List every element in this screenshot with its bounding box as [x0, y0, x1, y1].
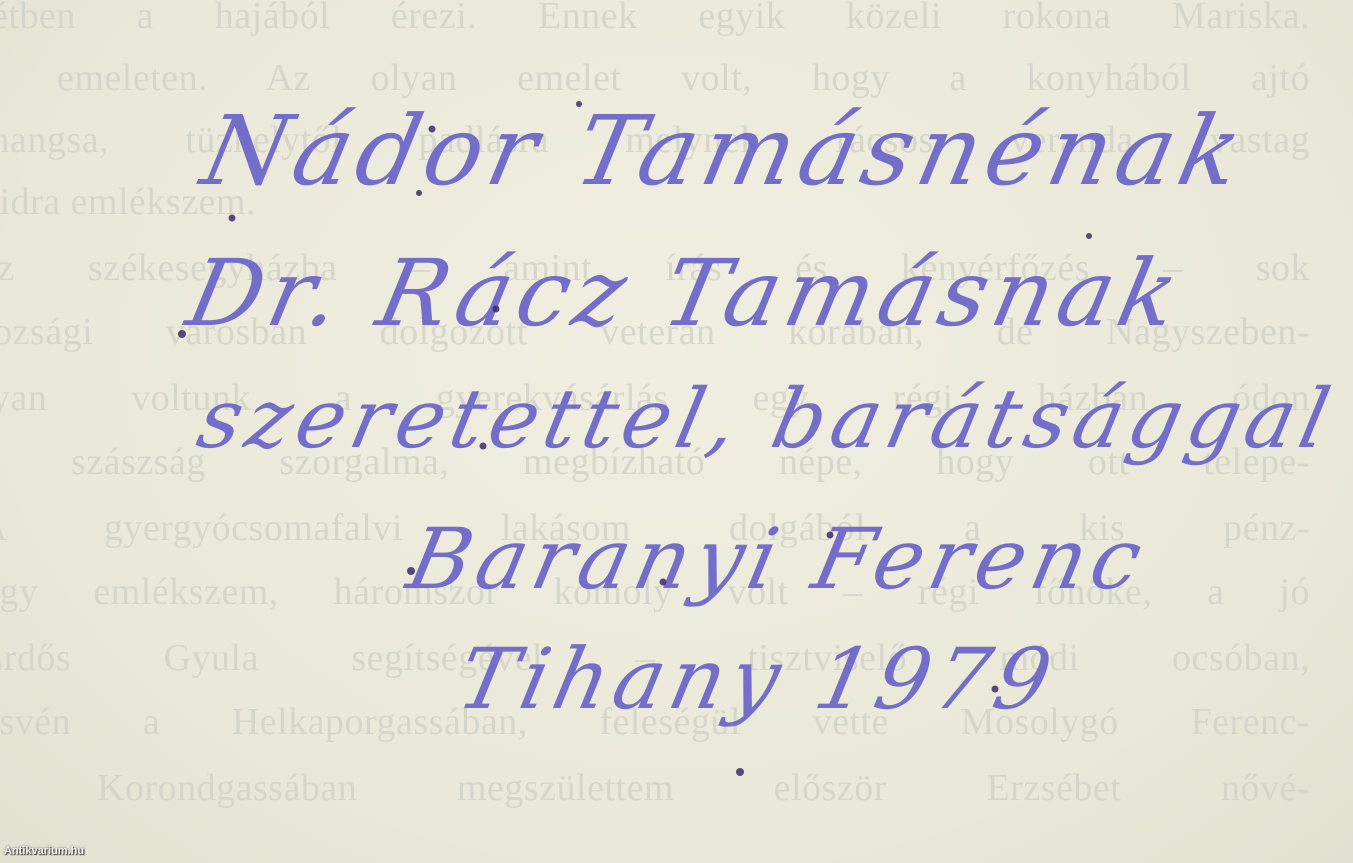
pen-dots-decoration [0, 0, 1353, 863]
watermark-logo: Antikvarium.hu [4, 845, 84, 857]
book-page: létben a hajából érezi. Ennek egyik köze… [0, 0, 1353, 863]
handwritten-dedication: Nádor Tamásnénak Dr. Rácz Tamásnak szere… [0, 0, 1353, 863]
